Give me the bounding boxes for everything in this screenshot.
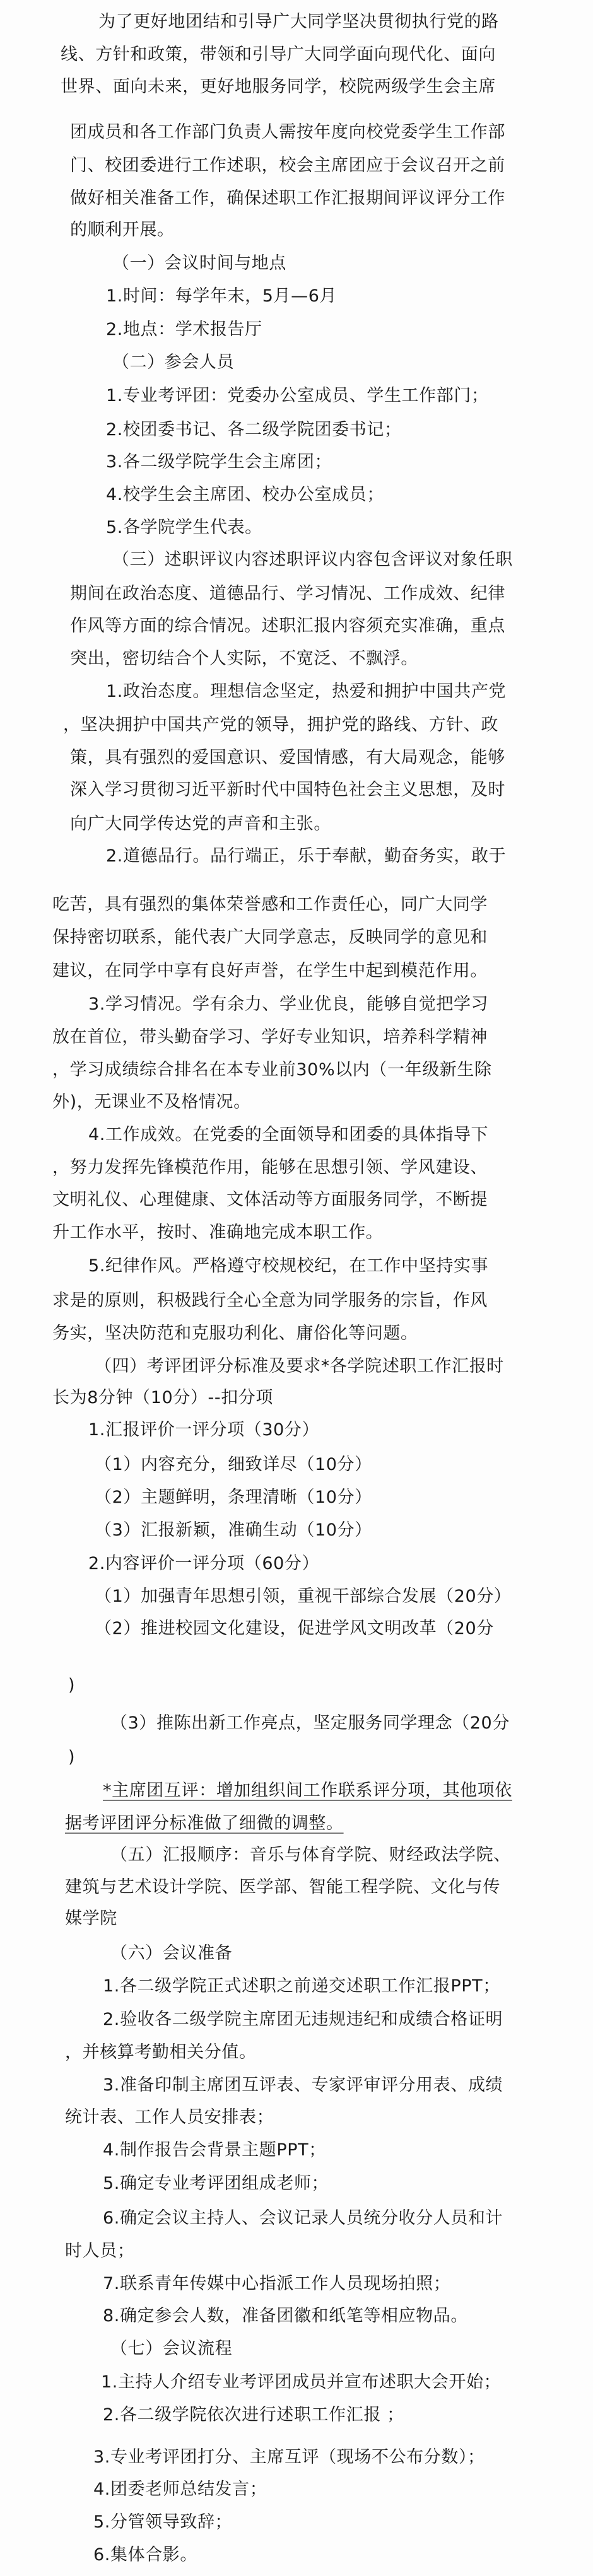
text-line: 策，具有强烈的爱国意识、爱国情感，有大局观念，能够 [70,747,505,769]
text-line: 求是的原则，积极践行全心全意为同学服务的宗旨，作风 [52,1290,488,1312]
text-line: 5.各学院学生代表。 [106,516,262,539]
text-line: （四）考评团评分标准及要求*各学院述职工作汇报时 [95,1355,504,1378]
text-line: ) [68,1674,75,1697]
text-line: 放在首位，带头勤奋学习、学好专业知识，培养科学精神 [52,1026,488,1049]
text-line: 统计表、工作人员安排表； [65,2106,274,2129]
text-line: 3.准备印制主席团互评表、专家评审评分用表、成绩 [103,2074,503,2097]
text-line: 建筑与艺术设计学院、医学部、智能工程学院、文化与传 [65,1876,500,1899]
text-line: 6.集体合影。 [93,2544,197,2567]
text-line: ，努力发挥先锋模范作用，能够在思想引领、学风建设、 [52,1157,488,1179]
document-page: 为了更好地团结和引导广大同学坚决贯彻执行党的路线、方针和政策，带领和引导广大同学… [0,0,593,2576]
text-line: （五）汇报顺序：音乐与体育学院、财经政法学院、 [110,1844,511,1867]
text-line: 2.道德品行。品行端正，乐于奉献，勤奋务实，敢于 [106,845,506,868]
text-line: 的顺利开展。 [70,219,175,242]
text-line: 为了更好地团结和引导广大同学坚决贯彻执行党的路 [98,11,499,33]
text-line: 2.校团委书记、各二级学院团委书记； [106,419,402,441]
text-line: ) [68,1746,75,1769]
text-line: 作风等方面的综合情况。述职汇报内容须充实准确，重点 [70,615,505,638]
text-line: ，坚决拥护中国共产党的领导，拥护党的路线、方针、政 [63,714,498,737]
text-line: ，并核算考勤相关分值。 [65,2041,257,2064]
text-line: 2.各二级学院依次进行述职工作汇报 ； [103,2404,404,2427]
text-line: 媒学院 [65,1908,117,1930]
text-line: （三）述职评议内容述职评议内容包含评议对象任职 [112,549,513,571]
text-line: 1.各二级学院正式述职之前递交述职工作汇报PPT； [103,1975,500,1998]
text-line: 吃苦，具有强烈的集体荣誉感和工作责任心，同广大同学 [52,894,488,916]
text-line: 时人员； [65,2240,134,2263]
text-line: （二）参会人员 [112,351,234,374]
text-line: 向广大同学传达党的声音和主张。 [70,813,331,836]
text-line: （1）内容充分，细致详尽（10分） [95,1454,372,1476]
text-line: 2.验收各二级学院主席团无违规违纪和成绩合格证明 [103,2008,503,2031]
text-line: 深入学习贯彻习近平新时代中国特色社会主义思想，及时 [70,779,505,801]
text-line: （3）推陈出新工作亮点，坚定服务同学理念（20分 [110,1712,510,1735]
text-line: 5.分管领导致辞； [93,2511,232,2534]
text-line: 务实，坚决防范和克服功利化、庸俗化等问题。 [52,1322,418,1345]
text-line: 升工作水平，按时、准确地完成本职工作。 [52,1221,383,1244]
text-line: 4.校学生会主席团、校办公室成员； [106,484,384,506]
text-line: 做好相关准备工作，确保述职工作汇报期间评议评分工作 [70,187,505,210]
text-line: 6.确定会议主持人、会议记录人员统分收分人员和计 [103,2207,503,2230]
text-line: （1）加强青年思想引领，重视干部综合发展（20分） [95,1585,512,1608]
underlined-text-line: 据考评团评分标准做了细微的调整。 [65,1812,344,1835]
text-line: 2.地点：学术报告厅 [106,318,262,341]
text-line: 1.汇报评价一评分项（30分） [88,1419,319,1442]
text-line: ，学习成绩综合排名在本专业前30%以内（一年级新生除 [52,1059,492,1081]
text-line: （一）会议时间与地点 [112,252,286,275]
text-line: 突出，密切结合个人实际，不宽泛、不飘浮。 [70,648,418,670]
text-line: （2）主题鲜明，条理清晰（10分） [95,1486,372,1509]
text-line: 4.制作报告会背景主题PPT； [103,2139,326,2162]
text-line: 建议，在同学中享有良好声誉，在学生中起到模范作用。 [52,960,488,982]
text-line: （2）推进校园文化建设，促进学风文明改革（20分 [95,1617,494,1640]
text-line: 期间在政治态度、道德品行、学习情况、工作成效、纪律 [70,583,505,605]
text-line: 外)，无课业不及格情况。 [52,1091,251,1114]
text-line: （3）汇报新颖，准确生动（10分） [95,1519,372,1542]
text-line: 3.各二级学院学生会主席团； [106,451,332,474]
text-line: 4.工作成效。在党委的全面领导和团委的具体指导下 [88,1124,488,1146]
text-line: （六）会议准备 [110,1942,232,1965]
underlined-text-line: *主席团互评：增加组织间工作联系评分项，其他项依 [103,1780,512,1802]
text-line: 7.联系青年传媒中心指派工作人员现场拍照； [103,2273,450,2295]
text-line: 团成员和各工作部门负责人需按年度向校党委学生工作部 [70,121,505,144]
text-line: 8.确定参会人数，准备团徽和纸笔等相应物品。 [103,2305,468,2328]
text-line: 5.纪律作风。严格遵守校规校纪，在工作中坚持实事 [88,1255,488,1278]
text-line: 1.专业考评团：党委办公室成员、学生工作部门； [106,385,489,407]
text-line: 5.确定专业考评团组成老师； [103,2172,329,2195]
text-line: 世界、面向未来，更好地服务同学，校院两级学生会主席 [61,76,496,98]
text-line: 3.专业考评团打分、主席互评（现场不公布分数）； [93,2446,485,2469]
text-line: 1.政治态度。理想信念坚定，热爱和拥护中国共产党 [106,680,506,703]
text-line: 1.时间：每学年末，5月—6月 [106,285,337,308]
text-line: 长为8分钟（10分）--扣分项 [52,1387,273,1409]
text-line: 1.主持人介绍专业考评团成员并宣布述职大会开始； [101,2371,501,2394]
text-line: 4.团委老师总结发言； [93,2478,267,2501]
text-line: 文明礼仪、心理健康、文体活动等方面服务同学，不断提 [52,1189,488,1211]
text-line: 线、方针和政策，带领和引导广大同学面向现代化、面向 [61,44,496,66]
text-line: 门、校团委进行工作述职，校会主席团应于会议召开之前 [70,154,505,177]
text-line: 3.学习情况。学有余力、学业优良，能够自觉把学习 [88,993,488,1016]
text-line: 2.内容评价一评分项（60分） [88,1553,319,1575]
text-line: 保持密切联系，能代表广大同学意志，反映同学的意见和 [52,926,488,949]
text-line: （七）会议流程 [110,2338,232,2360]
